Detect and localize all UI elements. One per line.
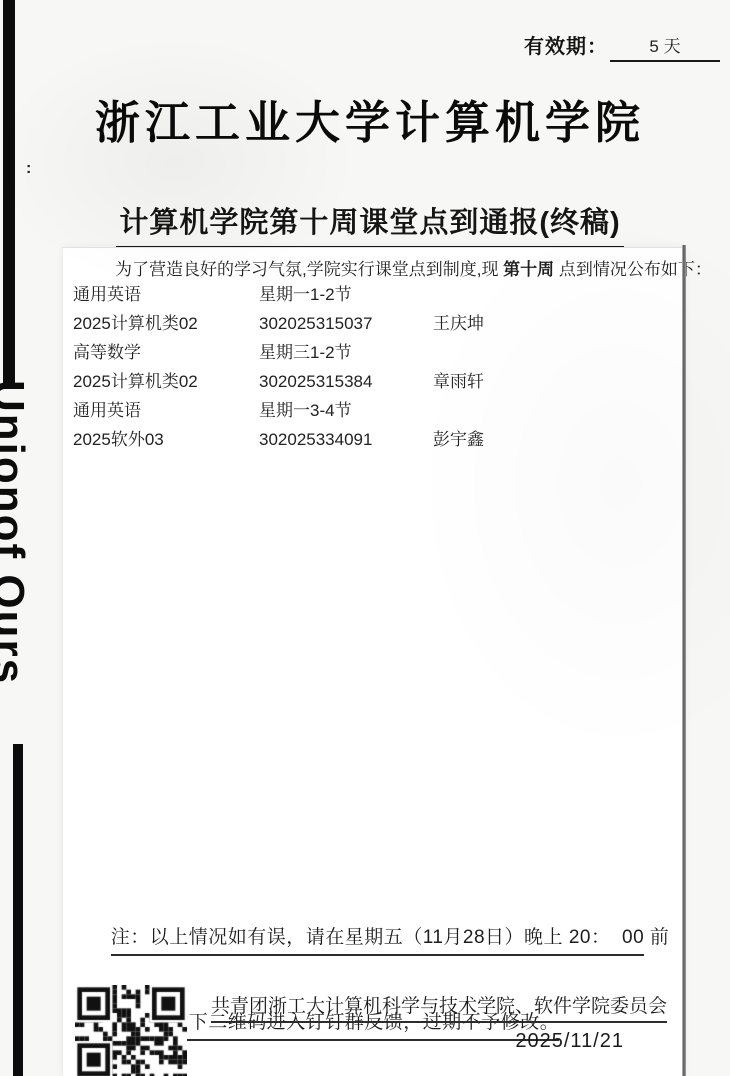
- name-cell: 章雨轩: [433, 367, 484, 396]
- stray-colon-mark: :: [26, 160, 31, 178]
- record-row: 2025软外03 302025334091 彭宇鑫: [63, 425, 685, 454]
- left-edge-bar-top: [3, 0, 15, 386]
- qr-code: [75, 985, 187, 1076]
- validity-period: 有效期： 5 天: [524, 30, 720, 62]
- paper-right-edge: [682, 245, 686, 1076]
- class-cell: 2025计算机类02: [73, 367, 198, 396]
- note-line-1: 注：以上情况如有误，请在星期五（11月28日）晚上 20： 00 前: [76, 900, 669, 971]
- footer-organization: 共青团浙工大计算机科学与技术学院、软件学院委员会: [211, 991, 667, 1018]
- validity-value: 5 天: [610, 32, 720, 62]
- name-cell: 彭宇鑫: [433, 425, 484, 454]
- footer-organization-text: 共青团浙工大计算机科学与技术学院、软件学院委员会: [211, 996, 667, 1023]
- record-row: 通用英语 星期一3-4节: [63, 396, 685, 425]
- intro-line: 为了营造良好的学习气氛,学院实行课堂点到制度,现 第十周 点到情况公布如下：: [73, 259, 679, 280]
- notice-subtitle: 计算机学院第十周课堂点到通报(终稿): [116, 200, 623, 249]
- intro-suffix: 点到情况公布如下：: [554, 260, 712, 279]
- intro-week-bold: 第十周: [503, 260, 554, 279]
- left-edge-bar-bottom: [13, 744, 23, 1076]
- intro-prefix: 为了营造良好的学习气氛,学院实行课堂点到制度,现: [115, 260, 503, 279]
- record-row: 2025计算机类02 302025315037 王庆坤: [63, 309, 685, 338]
- course-cell: 通用英语: [73, 280, 141, 309]
- student-id-cell: 302025315384: [259, 367, 372, 396]
- class-cell: 2025计算机类02: [73, 309, 198, 338]
- record-row: 2025计算机类02 302025315384 章雨轩: [63, 367, 685, 396]
- attendance-records: 通用英语 星期一1-2节 2025计算机类02 302025315037 王庆坤…: [63, 280, 685, 454]
- student-id-cell: 302025315037: [259, 309, 372, 338]
- time-cell: 星期一3-4节: [259, 396, 352, 425]
- course-cell: 通用英语: [73, 396, 141, 425]
- course-cell: 高等数学: [73, 338, 141, 367]
- subtitle-wrap: 计算机学院第十周课堂点到通报(终稿): [40, 200, 700, 249]
- validity-label: 有效期：: [524, 30, 608, 62]
- side-vertical-text: Unionof Ours: [0, 380, 30, 752]
- student-id-cell: 302025334091: [259, 425, 372, 454]
- time-cell: 星期一1-2节: [259, 280, 352, 309]
- note-line-1-underlined: 注：以上情况如有误，请在星期五（11月28日）晚上 20： 00: [111, 927, 644, 956]
- footer-date: 2025/11/21: [515, 1030, 624, 1053]
- record-row: 通用英语 星期一1-2节: [63, 280, 685, 309]
- qr-code-canvas: [75, 985, 187, 1076]
- notice-paper: 为了营造良好的学习气氛,学院实行课堂点到制度,现 第十周 点到情况公布如下： 通…: [62, 247, 685, 1076]
- note-line-1-tail: 前: [644, 927, 669, 948]
- class-cell: 2025软外03: [73, 425, 164, 454]
- time-cell: 星期三1-2节: [259, 338, 352, 367]
- page-title: 浙江工业大学计算机学院: [40, 86, 700, 151]
- record-row: 高等数学 星期三1-2节: [63, 338, 685, 367]
- name-cell: 王庆坤: [433, 309, 484, 338]
